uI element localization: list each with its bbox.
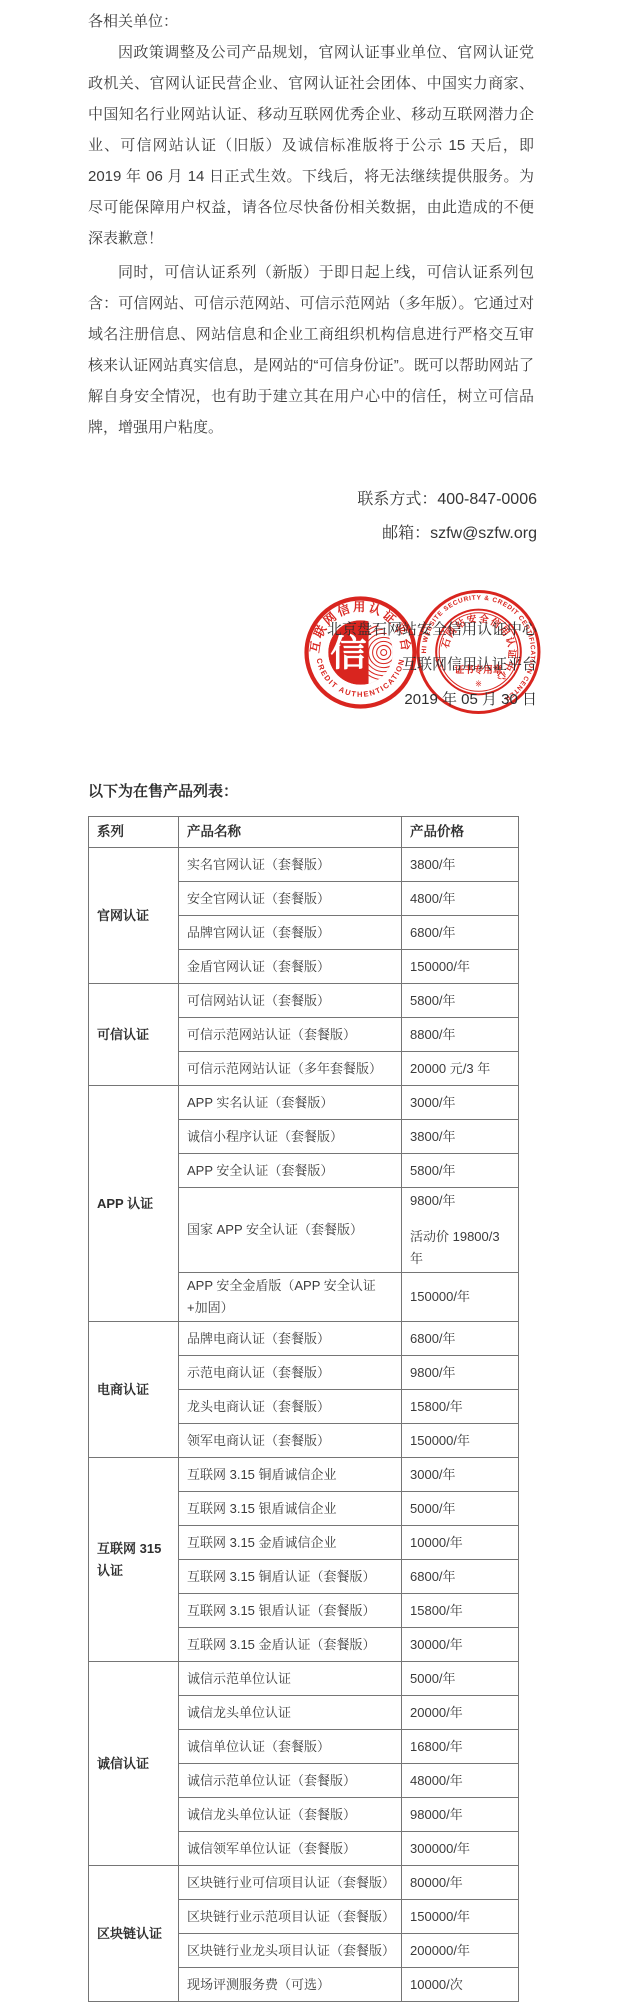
series-cell: 官网认证 [89,848,179,984]
product-price-cell: 5800/年 [402,984,519,1018]
table-row: 可信认证可信网站认证（套餐版）5800/年 [89,984,519,1018]
product-name-cell: 品牌电商认证（套餐版） [179,1322,402,1356]
product-price-cell: 150000/年 [402,1424,519,1458]
product-price-cell: 150000/年 [402,1273,519,1322]
header-product-name: 产品名称 [179,817,402,848]
product-price-cell: 30000/年 [402,1628,519,1662]
product-name-cell: 诚信示范单位认证（套餐版） [179,1764,402,1798]
product-name-cell: APP 安全金盾版（APP 安全认证+加固） [179,1273,402,1322]
product-price-cell: 3000/年 [402,1086,519,1120]
product-price-cell: 20000 元/3 年 [402,1052,519,1086]
product-price-cell: 300000/年 [402,1832,519,1866]
product-price-cell: 5800/年 [402,1154,519,1188]
series-cell: 区块链认证 [89,1866,179,2002]
table-row: 诚信认证诚信示范单位认证5000/年 [89,1662,519,1696]
signature-date: 2019 年 05 月 30 日 [327,682,537,717]
header-product-price: 产品价格 [402,817,519,848]
table-row: APP 认证APP 实名认证（套餐版）3000/年 [89,1086,519,1120]
product-price-cell: 3800/年 [402,848,519,882]
product-price-cell: 98000/年 [402,1798,519,1832]
product-price-cell: 8800/年 [402,1018,519,1052]
signature-org: 北京盘石网站安全信用认证中心 [327,612,537,647]
product-name-cell: 诚信示范单位认证 [179,1662,402,1696]
table-header-row: 系列 产品名称 产品价格 [89,817,519,848]
product-price-cell: 6800/年 [402,916,519,950]
product-table-body: 官网认证实名官网认证（套餐版）3800/年安全官网认证（套餐版）4800/年品牌… [89,848,519,2002]
product-name-cell: 诚信小程序认证（套餐版） [179,1120,402,1154]
salutation: 各相关单位： [88,6,534,37]
table-row: 官网认证实名官网认证（套餐版）3800/年 [89,848,519,882]
product-name-cell: 安全官网认证（套餐版） [179,882,402,916]
table-row: 区块链认证区块链行业可信项目认证（套餐版）80000/年 [89,1866,519,1900]
product-name-cell: 可信网站认证（套餐版） [179,984,402,1018]
signature-platform: 互联网信用认证平台 [327,647,537,682]
product-price-cell: 10000/年 [402,1526,519,1560]
product-price-cell: 9800/年 [402,1356,519,1390]
product-name-cell: 互联网 3.15 金盾认证（套餐版） [179,1628,402,1662]
product-name-cell: 现场评测服务费（可选） [179,1968,402,2002]
series-cell: 可信认证 [89,984,179,1086]
series-cell: 电商认证 [89,1322,179,1458]
product-name-cell: APP 安全认证（套餐版） [179,1154,402,1188]
letter-paragraph-1: 因政策调整及公司产品规划，官网认证事业单位、官网认证党政机关、官网认证民营企业、… [88,37,534,254]
product-price-cell: 4800/年 [402,882,519,916]
header-series: 系列 [89,817,179,848]
product-name-cell: 互联网 3.15 铜盾认证（套餐版） [179,1560,402,1594]
product-name-cell: 互联网 3.15 银盾认证（套餐版） [179,1594,402,1628]
contact-block: 联系方式：400-847-0006 邮箱：szfw@szfw.org [357,483,537,551]
product-name-cell: 诚信龙头单位认证 [179,1696,402,1730]
product-price-cell: 200000/年 [402,1934,519,1968]
product-price-cell: 20000/年 [402,1696,519,1730]
product-name-cell: 可信示范网站认证（多年套餐版） [179,1052,402,1086]
product-price-cell: 10000/次 [402,1968,519,2002]
product-name-cell: 诚信领军单位认证（套餐版） [179,1832,402,1866]
product-name-cell: 区块链行业可信项目认证（套餐版） [179,1866,402,1900]
product-price-cell: 16800/年 [402,1730,519,1764]
product-price-cell: 150000/年 [402,950,519,984]
product-name-cell: 互联网 3.15 银盾诚信企业 [179,1492,402,1526]
letter-body: 各相关单位： 因政策调整及公司产品规划，官网认证事业单位、官网认证党政机关、官网… [88,6,534,443]
product-price-cell: 80000/年 [402,1866,519,1900]
product-name-cell: 示范电商认证（套餐版） [179,1356,402,1390]
notice-document: 各相关单位： 因政策调整及公司产品规划，官网认证事业单位、官网认证党政机关、官网… [0,0,622,2013]
product-name-cell: 区块链行业龙头项目认证（套餐版） [179,1934,402,1968]
product-price-cell: 3800/年 [402,1120,519,1154]
product-price-cell: 9800/年活动价 19800/3 年 [402,1188,519,1273]
product-name-cell: 诚信龙头单位认证（套餐版） [179,1798,402,1832]
letter-paragraph-2: 同时，可信认证系列（新版）于即日起上线，可信认证系列包含：可信网站、可信示范网站… [88,257,534,443]
product-name-cell: 可信示范网站认证（套餐版） [179,1018,402,1052]
product-name-cell: 互联网 3.15 金盾诚信企业 [179,1526,402,1560]
product-name-cell: APP 实名认证（套餐版） [179,1086,402,1120]
product-price-cell: 150000/年 [402,1900,519,1934]
contact-phone: 联系方式：400-847-0006 [357,483,537,517]
table-row: 电商认证品牌电商认证（套餐版）6800/年 [89,1322,519,1356]
product-price-table: 系列 产品名称 产品价格 官网认证实名官网认证（套餐版）3800/年安全官网认证… [88,816,519,2002]
product-name-cell: 金盾官网认证（套餐版） [179,950,402,984]
product-price-cell: 15800/年 [402,1390,519,1424]
product-name-cell: 国家 APP 安全认证（套餐版） [179,1188,402,1273]
product-price-cell: 5000/年 [402,1492,519,1526]
table-row: 互联网 315 认证互联网 3.15 铜盾诚信企业3000/年 [89,1458,519,1492]
contact-email: 邮箱：szfw@szfw.org [357,517,537,551]
product-price-cell: 5000/年 [402,1662,519,1696]
product-name-cell: 诚信单位认证（套餐版） [179,1730,402,1764]
series-cell: 诚信认证 [89,1662,179,1866]
series-cell: 互联网 315 认证 [89,1458,179,1662]
product-price-cell: 3000/年 [402,1458,519,1492]
signature-block: 北京盘石网站安全信用认证中心 互联网信用认证平台 2019 年 05 月 30 … [327,612,537,717]
product-price-cell: 48000/年 [402,1764,519,1798]
product-list-intro: 以下为在售产品列表： [88,780,238,801]
series-cell: APP 认证 [89,1086,179,1322]
product-price-cell: 15800/年 [402,1594,519,1628]
product-name-cell: 龙头电商认证（套餐版） [179,1390,402,1424]
product-price-cell: 6800/年 [402,1322,519,1356]
product-name-cell: 区块链行业示范项目认证（套餐版） [179,1900,402,1934]
product-name-cell: 领军电商认证（套餐版） [179,1424,402,1458]
product-name-cell: 互联网 3.15 铜盾诚信企业 [179,1458,402,1492]
product-price-cell: 6800/年 [402,1560,519,1594]
product-name-cell: 实名官网认证（套餐版） [179,848,402,882]
product-name-cell: 品牌官网认证（套餐版） [179,916,402,950]
